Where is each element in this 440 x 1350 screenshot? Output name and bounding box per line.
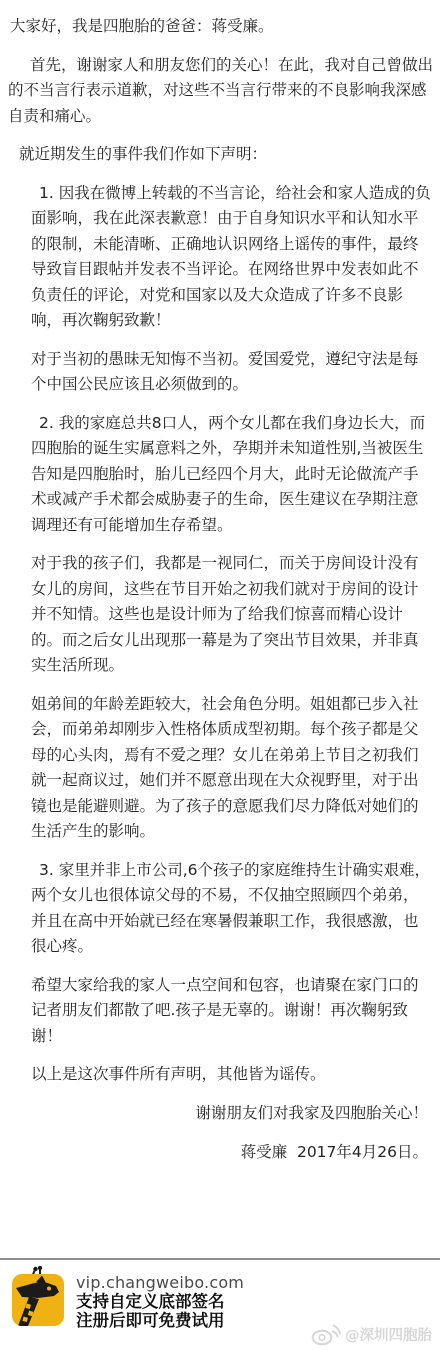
paragraph-point-2: 2. 我的家庭总共8口人，两个女儿都在我们身边长大，而四胞胎的诞生实属意料之外，…	[31, 411, 431, 539]
paragraph-point-1-addendum: 对于当初的愚昧无知悔不当初。爱国爱党，遵纪守法是每个中国公民应该且必须做到的。	[31, 347, 431, 398]
paragraph-declaration-lead: 就近期发生的事件我们作如下声明：	[19, 142, 431, 168]
promo-text-block: vip.changweibo.com 支持自定义底部签名 注册后即可免费试用	[76, 1266, 244, 1330]
signature-and-date: 蒋受廉 2017年4月26日。	[40, 1140, 428, 1166]
paragraph-apology-intro: 首先，谢谢家人和朋友您们的关心！在此，我对自己曾做出的不当言行表示道歉，对这些不…	[8, 53, 434, 130]
paragraph-point-3: 3. 家里并非上市公司,6个孩子的家庭维持生计确实艰难，两个女儿也很体谅父母的不…	[31, 858, 431, 960]
footer-promo-line-2: 注册后即可免费试用	[76, 1311, 244, 1330]
paragraph-thanks: 谢谢朋友们对我家及四胞胎关心！	[40, 1101, 428, 1127]
paragraph-point-1: 1. 因我在微博上转载的不当言论，给社会和家人造成的负面影响，我在此深表歉意！由…	[31, 181, 431, 334]
statement-body: 大家好，我是四胞胎的爸爸：蒋受廉。 首先，谢谢家人和朋友您们的关心！在此，我对自…	[0, 0, 440, 1166]
footer-site-url: vip.changweibo.com	[76, 1274, 244, 1292]
paragraph-children-equal: 对于我的孩子们，我都是一视同仁，而关于房间设计没有女儿的房间，这些在节目开始之初…	[31, 551, 431, 679]
weibo-watermark: @深圳四胞胎	[311, 1322, 432, 1346]
paragraph-greeting: 大家好，我是四胞胎的爸爸：蒋受廉。	[10, 14, 434, 40]
weibo-watermark-handle: @深圳四胞胎	[345, 1324, 432, 1345]
paragraph-closing-statement: 以上是这次事件所有声明，其他皆为谣传。	[31, 1062, 431, 1088]
long-weibo-statement-image: { "page": { "background": "#ffffff", "te…	[0, 0, 440, 1350]
changweibo-promo: vip.changweibo.com 支持自定义底部签名 注册后即可免费试用	[12, 1266, 244, 1330]
paragraph-plea: 希望大家给我的家人一点空间和包容，也请聚在家门口的记者朋友们都散了吧.孩子是无辜…	[31, 973, 431, 1050]
footer-divider	[0, 1258, 440, 1260]
watermark-footer: vip.changweibo.com 支持自定义底部签名 注册后即可免费试用 @…	[0, 1258, 440, 1350]
weibo-logo-icon	[311, 1322, 341, 1346]
paragraph-age-gap: 姐弟间的年龄差距较大，社会角色分明。姐姐都已步入社会，而弟弟却刚步入性格体质成型…	[31, 692, 431, 845]
footer-promo-line-1: 支持自定义底部签名	[76, 1292, 244, 1311]
changweibo-giraffe-logo	[12, 1266, 64, 1326]
